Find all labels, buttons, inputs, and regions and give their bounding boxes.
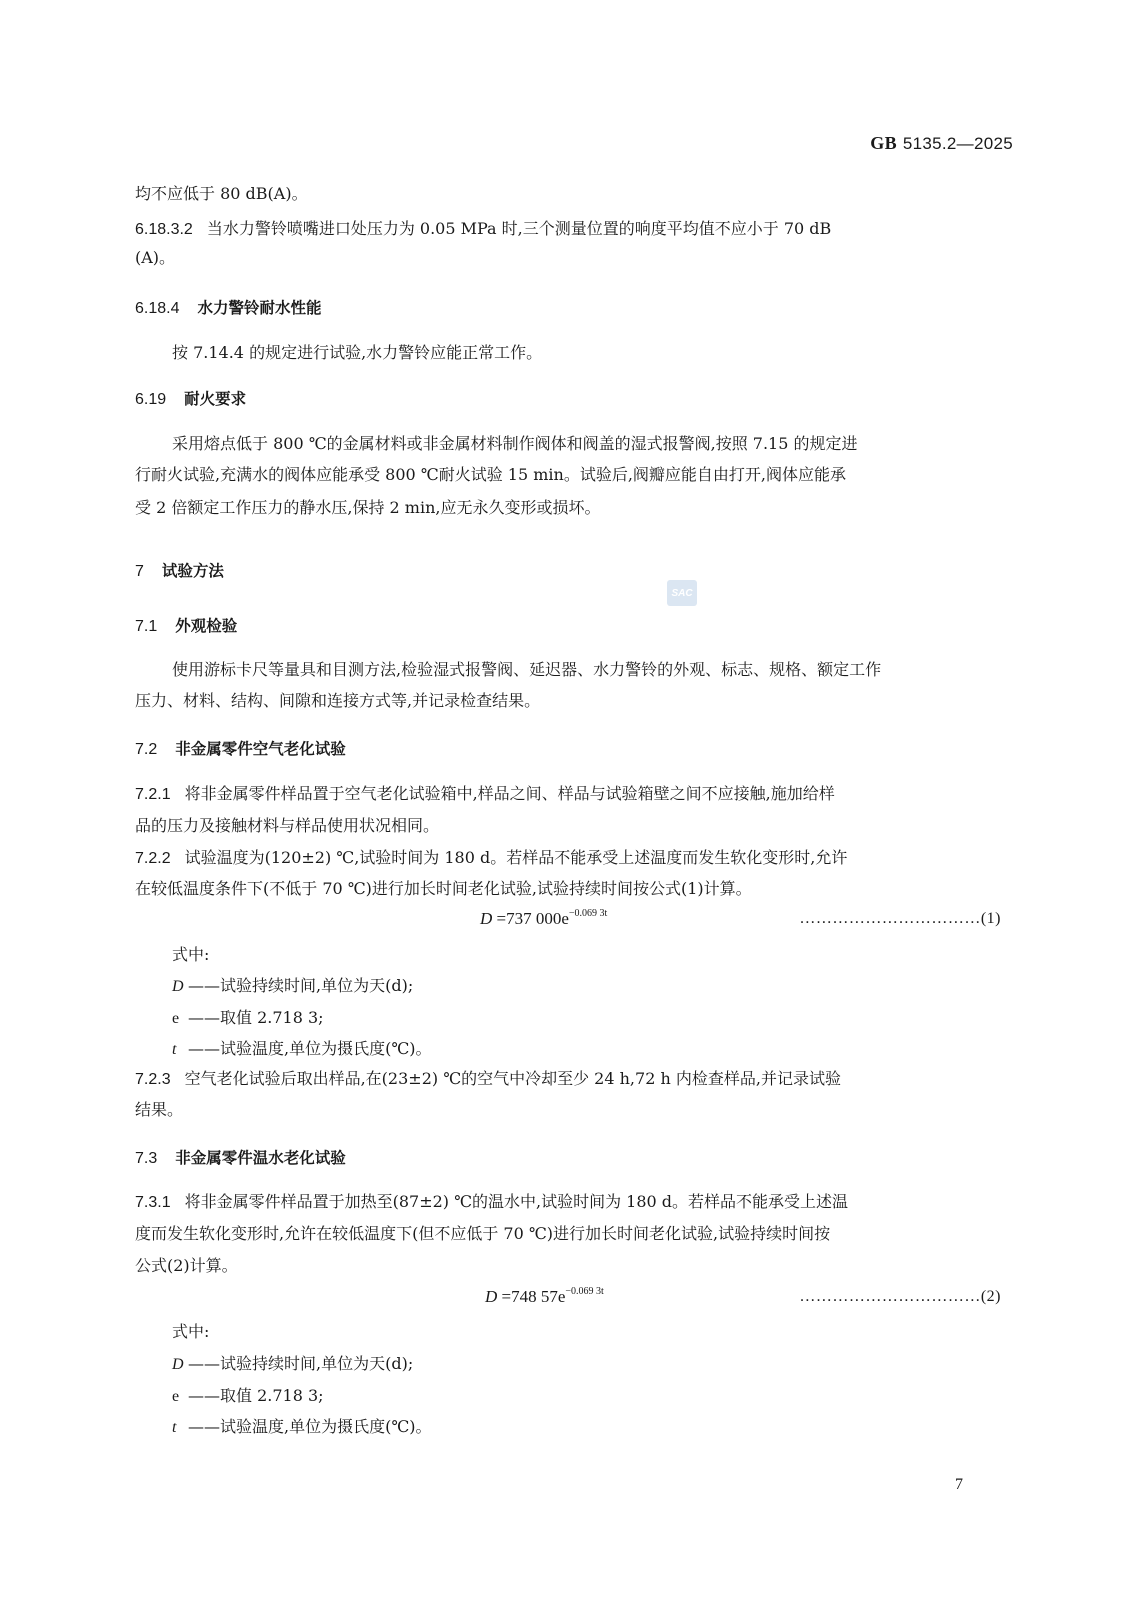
clause-7-2-1-line2: 品的压力及接触材料与样品使用状况相同。 [135, 815, 439, 837]
clause-text: 将非金属零件样品置于空气老化试验箱中,样品之间、样品与试验箱壁之间不应接触,施加… [185, 784, 835, 803]
clause-7-3-1-line3: 公式(2)计算。 [135, 1255, 238, 1277]
symbol-description: ——取值 2.718 3; [188, 1386, 324, 1405]
symbol: e [172, 1386, 188, 1408]
where-item-e: e——取值 2.718 3; [172, 1007, 324, 1030]
formula-lhs: D [485, 1287, 497, 1306]
heading-number: 6.19 [135, 391, 166, 408]
clause-7-3-1-line1: 7.3.1将非金属零件样品置于加热至(87±2) ℃的温水中,试验时间为 180… [135, 1191, 848, 1214]
formula-exponent: −0.069 3t [569, 908, 607, 919]
clause-text: 空气老化试验后取出样品,在(23±2) ℃的空气中冷却至少 24 h,72 h … [185, 1069, 841, 1088]
standard-code: GB5135.2—2025 [870, 133, 1013, 154]
document-page: GB5135.2—2025 均不应低于 80 dB(A)。 6.18.3.2当水… [0, 0, 1131, 1600]
paragraph-7-1-line1: 使用游标卡尺等量具和目测方法,检验湿式报警阀、延迟器、水力警铃的外观、标志、规格… [172, 659, 881, 681]
equation-number-1: ……………………………(1) [799, 910, 1001, 928]
heading-7-3: 7.3非金属零件温水老化试验 [135, 1147, 346, 1170]
clause-6-18-3-2: 6.18.3.2当水力警铃喷嘴进口处压力为 0.05 MPa 时,三个测量位置的… [135, 218, 831, 241]
symbol-description: ——试验持续时间,单位为天(d); [188, 1354, 413, 1373]
clause-number: 6.18.3.2 [135, 221, 193, 238]
where-title-2: 式中: [172, 1321, 209, 1343]
clause-7-2-1-line1: 7.2.1将非金属零件样品置于空气老化试验箱中,样品之间、样品与试验箱壁之间不应… [135, 783, 835, 806]
paragraph-7-1-line2: 压力、材料、结构、间隙和连接方式等,并记录检查结果。 [135, 690, 540, 712]
paragraph-6-18-4: 按 7.14.4 的规定进行试验,水力警铃应能正常工作。 [172, 342, 542, 364]
heading-7: 7试验方法 [135, 560, 224, 583]
clause-text: 当水力警铃喷嘴进口处压力为 0.05 MPa 时,三个测量位置的响度平均值不应小… [207, 219, 831, 238]
heading-title: 水力警铃耐水性能 [197, 299, 321, 317]
page-number: 7 [955, 1476, 963, 1494]
clause-text: 将非金属零件样品置于加热至(87±2) ℃的温水中,试验时间为 180 d。若样… [185, 1192, 848, 1211]
formula-rhs: =748 57e [497, 1287, 565, 1306]
paragraph-6-19-line2: 行耐火试验,充满水的阀体应能承受 800 ℃耐火试验 15 min。试验后,阀瓣… [135, 464, 846, 486]
clause-7-2-2-line1: 7.2.2试验温度为(120±2) ℃,试验时间为 180 d。若样品不能承受上… [135, 847, 847, 870]
formula-rhs: =737 000e [492, 909, 569, 928]
symbol: t [172, 1417, 188, 1439]
symbol: D [172, 976, 188, 998]
where-item-t: t——试验温度,单位为摄氏度(℃)。 [172, 1038, 431, 1061]
clause-7-2-2-line2: 在较低温度条件下(不低于 70 ℃)进行加长时间老化试验,试验持续时间按公式(1… [135, 878, 752, 900]
heading-7-2: 7.2非金属零件空气老化试验 [135, 738, 346, 761]
heading-number: 7.1 [135, 618, 157, 635]
symbol: t [172, 1039, 188, 1061]
clause-number: 7.2.1 [135, 786, 171, 803]
heading-number: 7 [135, 563, 144, 580]
standard-number: 5135.2—2025 [903, 134, 1013, 153]
paragraph-6-19-line3: 受 2 倍额定工作压力的静水压,保持 2 min,应无永久变形或损坏。 [135, 497, 600, 519]
heading-number: 7.2 [135, 741, 157, 758]
heading-title: 试验方法 [162, 562, 224, 580]
clause-text-continued: (A)。 [135, 247, 175, 269]
formula-lhs: D [480, 909, 492, 928]
symbol-description: ——取值 2.718 3; [188, 1008, 324, 1027]
symbol: D [172, 1354, 188, 1376]
where-item-e-2: e——取值 2.718 3; [172, 1385, 324, 1408]
clause-text: 试验温度为(120±2) ℃,试验时间为 180 d。若样品不能承受上述温度而发… [185, 848, 848, 867]
formula-exponent: −0.069 3t [565, 1286, 603, 1297]
heading-7-1: 7.1外观检验 [135, 615, 237, 638]
heading-title: 耐火要求 [184, 390, 246, 408]
equation-number-2: ……………………………(2) [799, 1288, 1001, 1306]
symbol-description: ——试验温度,单位为摄氏度(℃)。 [188, 1039, 431, 1058]
heading-6-18-4: 6.18.4水力警铃耐水性能 [135, 297, 322, 320]
heading-number: 7.3 [135, 1150, 157, 1167]
where-item-D-2: D——试验持续时间,单位为天(d); [172, 1353, 413, 1376]
heading-number: 6.18.4 [135, 300, 179, 317]
clause-7-3-1-line2: 度而发生软化变形时,允许在较低温度下(但不应低于 70 ℃)进行加长时间老化试验… [135, 1223, 830, 1245]
heading-title: 外观检验 [175, 617, 237, 635]
clause-number: 7.3.1 [135, 1194, 171, 1211]
heading-title: 非金属零件温水老化试验 [175, 1149, 346, 1167]
heading-title: 非金属零件空气老化试验 [175, 740, 346, 758]
where-item-t-2: t——试验温度,单位为摄氏度(℃)。 [172, 1416, 431, 1439]
symbol-description: ——试验持续时间,单位为天(d); [188, 976, 413, 995]
clause-7-2-3-line2: 结果。 [135, 1099, 183, 1121]
paragraph-continuation: 均不应低于 80 dB(A)。 [135, 183, 308, 205]
paragraph-6-19-line1: 采用熔点低于 800 ℃的金属材料或非金属材料制作阀体和阀盖的湿式报警阀,按照 … [172, 433, 858, 455]
where-title: 式中: [172, 944, 209, 966]
where-item-D: D——试验持续时间,单位为天(d); [172, 975, 413, 998]
sac-watermark-logo: SAC [667, 580, 697, 606]
formula-2: D =748 57e−0.069 3t [485, 1286, 604, 1307]
symbol: e [172, 1008, 188, 1030]
clause-number: 7.2.2 [135, 850, 171, 867]
symbol-description: ——试验温度,单位为摄氏度(℃)。 [188, 1417, 431, 1436]
clause-number: 7.2.3 [135, 1071, 171, 1088]
standard-prefix: GB [870, 133, 897, 153]
heading-6-19: 6.19耐火要求 [135, 388, 246, 411]
formula-1: D =737 000e−0.069 3t [480, 908, 607, 929]
clause-7-2-3-line1: 7.2.3空气老化试验后取出样品,在(23±2) ℃的空气中冷却至少 24 h,… [135, 1068, 841, 1091]
